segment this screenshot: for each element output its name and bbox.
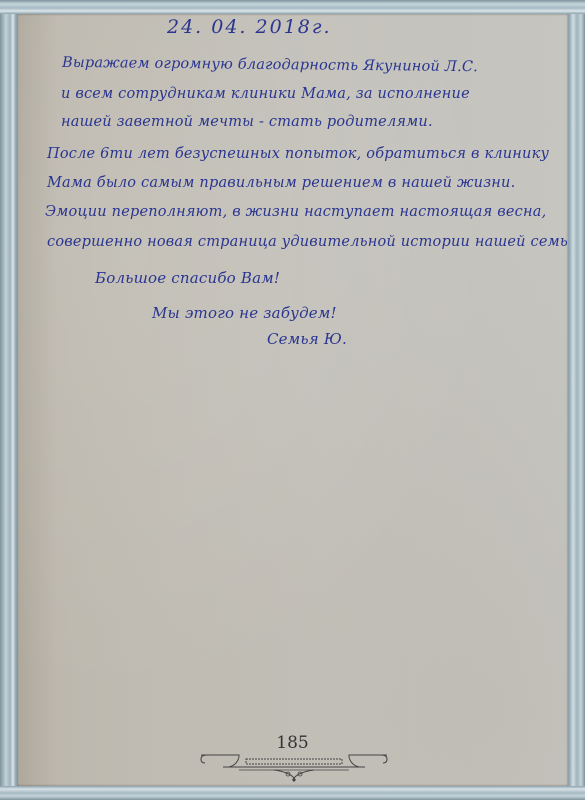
letter-page: 24. 04. 2018г. Выражаем огромную благода… [17, 14, 568, 786]
page-ornament-icon [199, 753, 389, 783]
letter-line: совершенно новая страница удивительной и… [47, 234, 568, 250]
frame-top-edge [0, 0, 585, 14]
letter-line: Мама было самым правильным решением в на… [47, 175, 515, 191]
letter-closing: Большое спасибо Вам! [95, 269, 280, 287]
letter-date: 24. 04. 2018г. [167, 16, 332, 38]
page-number: 185 [17, 733, 568, 753]
letter-line: Выражаем огромную благодарность Якуниной… [62, 55, 478, 75]
letter-line: После 6ти лет безуспешных попыток, обрат… [47, 146, 549, 162]
frame-bottom-edge [0, 786, 585, 800]
letter-signature: Семья Ю. [267, 330, 347, 348]
letter-line: Эмоции переполняют, в жизни наступает на… [45, 204, 546, 220]
letter-closing-2: Мы этого не забудем! [152, 304, 337, 322]
letter-line: нашей заветной мечты - стать родителями. [61, 114, 433, 130]
letter-line: и всем сотрудникам клиники Мама, за испо… [61, 86, 470, 102]
